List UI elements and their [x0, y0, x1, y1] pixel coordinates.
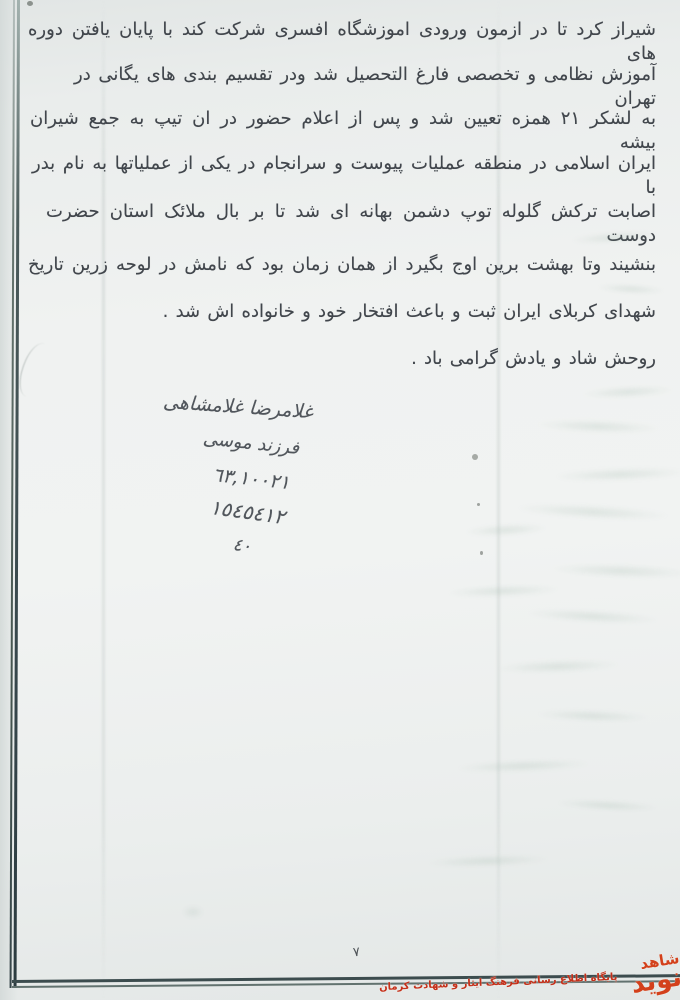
- watermark-logo: شاهد نوید: [616, 955, 680, 1000]
- bleedthrough-smudge: [538, 708, 648, 724]
- document-line-7: شهدای کربلای ایران ثبت و باعث افتخار خود…: [163, 300, 656, 324]
- ink-speck: [27, 1, 33, 6]
- bleedthrough-smudge: [558, 797, 658, 813]
- ink-speck: [477, 503, 480, 506]
- handwritten-lineage: فرزند موسی: [195, 427, 307, 459]
- document-line-5: اصابت ترکش گلوله توپ دشمن بهانه ای شد تا…: [46, 200, 656, 249]
- bleedthrough-smudge: [528, 607, 659, 627]
- bleedthrough-smudge: [598, 282, 664, 295]
- bleedthrough-smudge: [538, 418, 658, 435]
- bleedthrough-smudge: [428, 853, 548, 869]
- bleedthrough-smudge: [458, 758, 588, 775]
- bleedthrough-smudge: [583, 384, 674, 401]
- document-line-8: روحش شاد و یادش گرامی باد .: [411, 347, 656, 371]
- pencil-mark: [16, 340, 56, 401]
- scanned-document-page: شیراز کرد تا در ازمون ورودی اموزشگاه افس…: [0, 0, 680, 1000]
- handwritten-number-3: ٤٠: [221, 534, 263, 558]
- document-line-1: شیراز کرد تا در ازمون ورودی اموزشگاه افس…: [28, 18, 656, 67]
- document-line-2: آموزش نظامی و تخصصی فارغ التحصیل شد ودر …: [74, 63, 656, 112]
- copy-border-vertical-inner: [14, 0, 20, 988]
- bleedthrough-smudge: [552, 562, 680, 581]
- handwritten-name: غلامرضا غلامشاهی: [157, 390, 318, 423]
- document-line-4: ایران اسلامی در منطقه عملیات پیوست و سرا…: [32, 152, 656, 201]
- bleedthrough-smudge: [556, 466, 680, 483]
- document-line-6: بنشیند وتا بهشت برین اوج بگیرد از همان ز…: [28, 253, 656, 277]
- page-number: ٧: [352, 945, 361, 961]
- paper-stain: [182, 905, 204, 919]
- ink-speck: [472, 454, 478, 460]
- bleedthrough-smudge: [466, 522, 547, 538]
- bleedthrough-smudge: [498, 658, 618, 675]
- handwritten-number-1: ٦٣,١٠٠٢١: [195, 462, 307, 495]
- ink-speck: [480, 551, 483, 555]
- document-line-3: به لشکر ٢١ همزه تعیین شد و پس از اعلام ح…: [30, 107, 656, 156]
- watermark-logo-word-bottom: نوید: [629, 962, 680, 1000]
- bleedthrough-smudge: [518, 501, 669, 523]
- bleedthrough-smudge: [448, 583, 558, 599]
- handwritten-number-2: ١٥٤٥٤١٢: [199, 494, 296, 531]
